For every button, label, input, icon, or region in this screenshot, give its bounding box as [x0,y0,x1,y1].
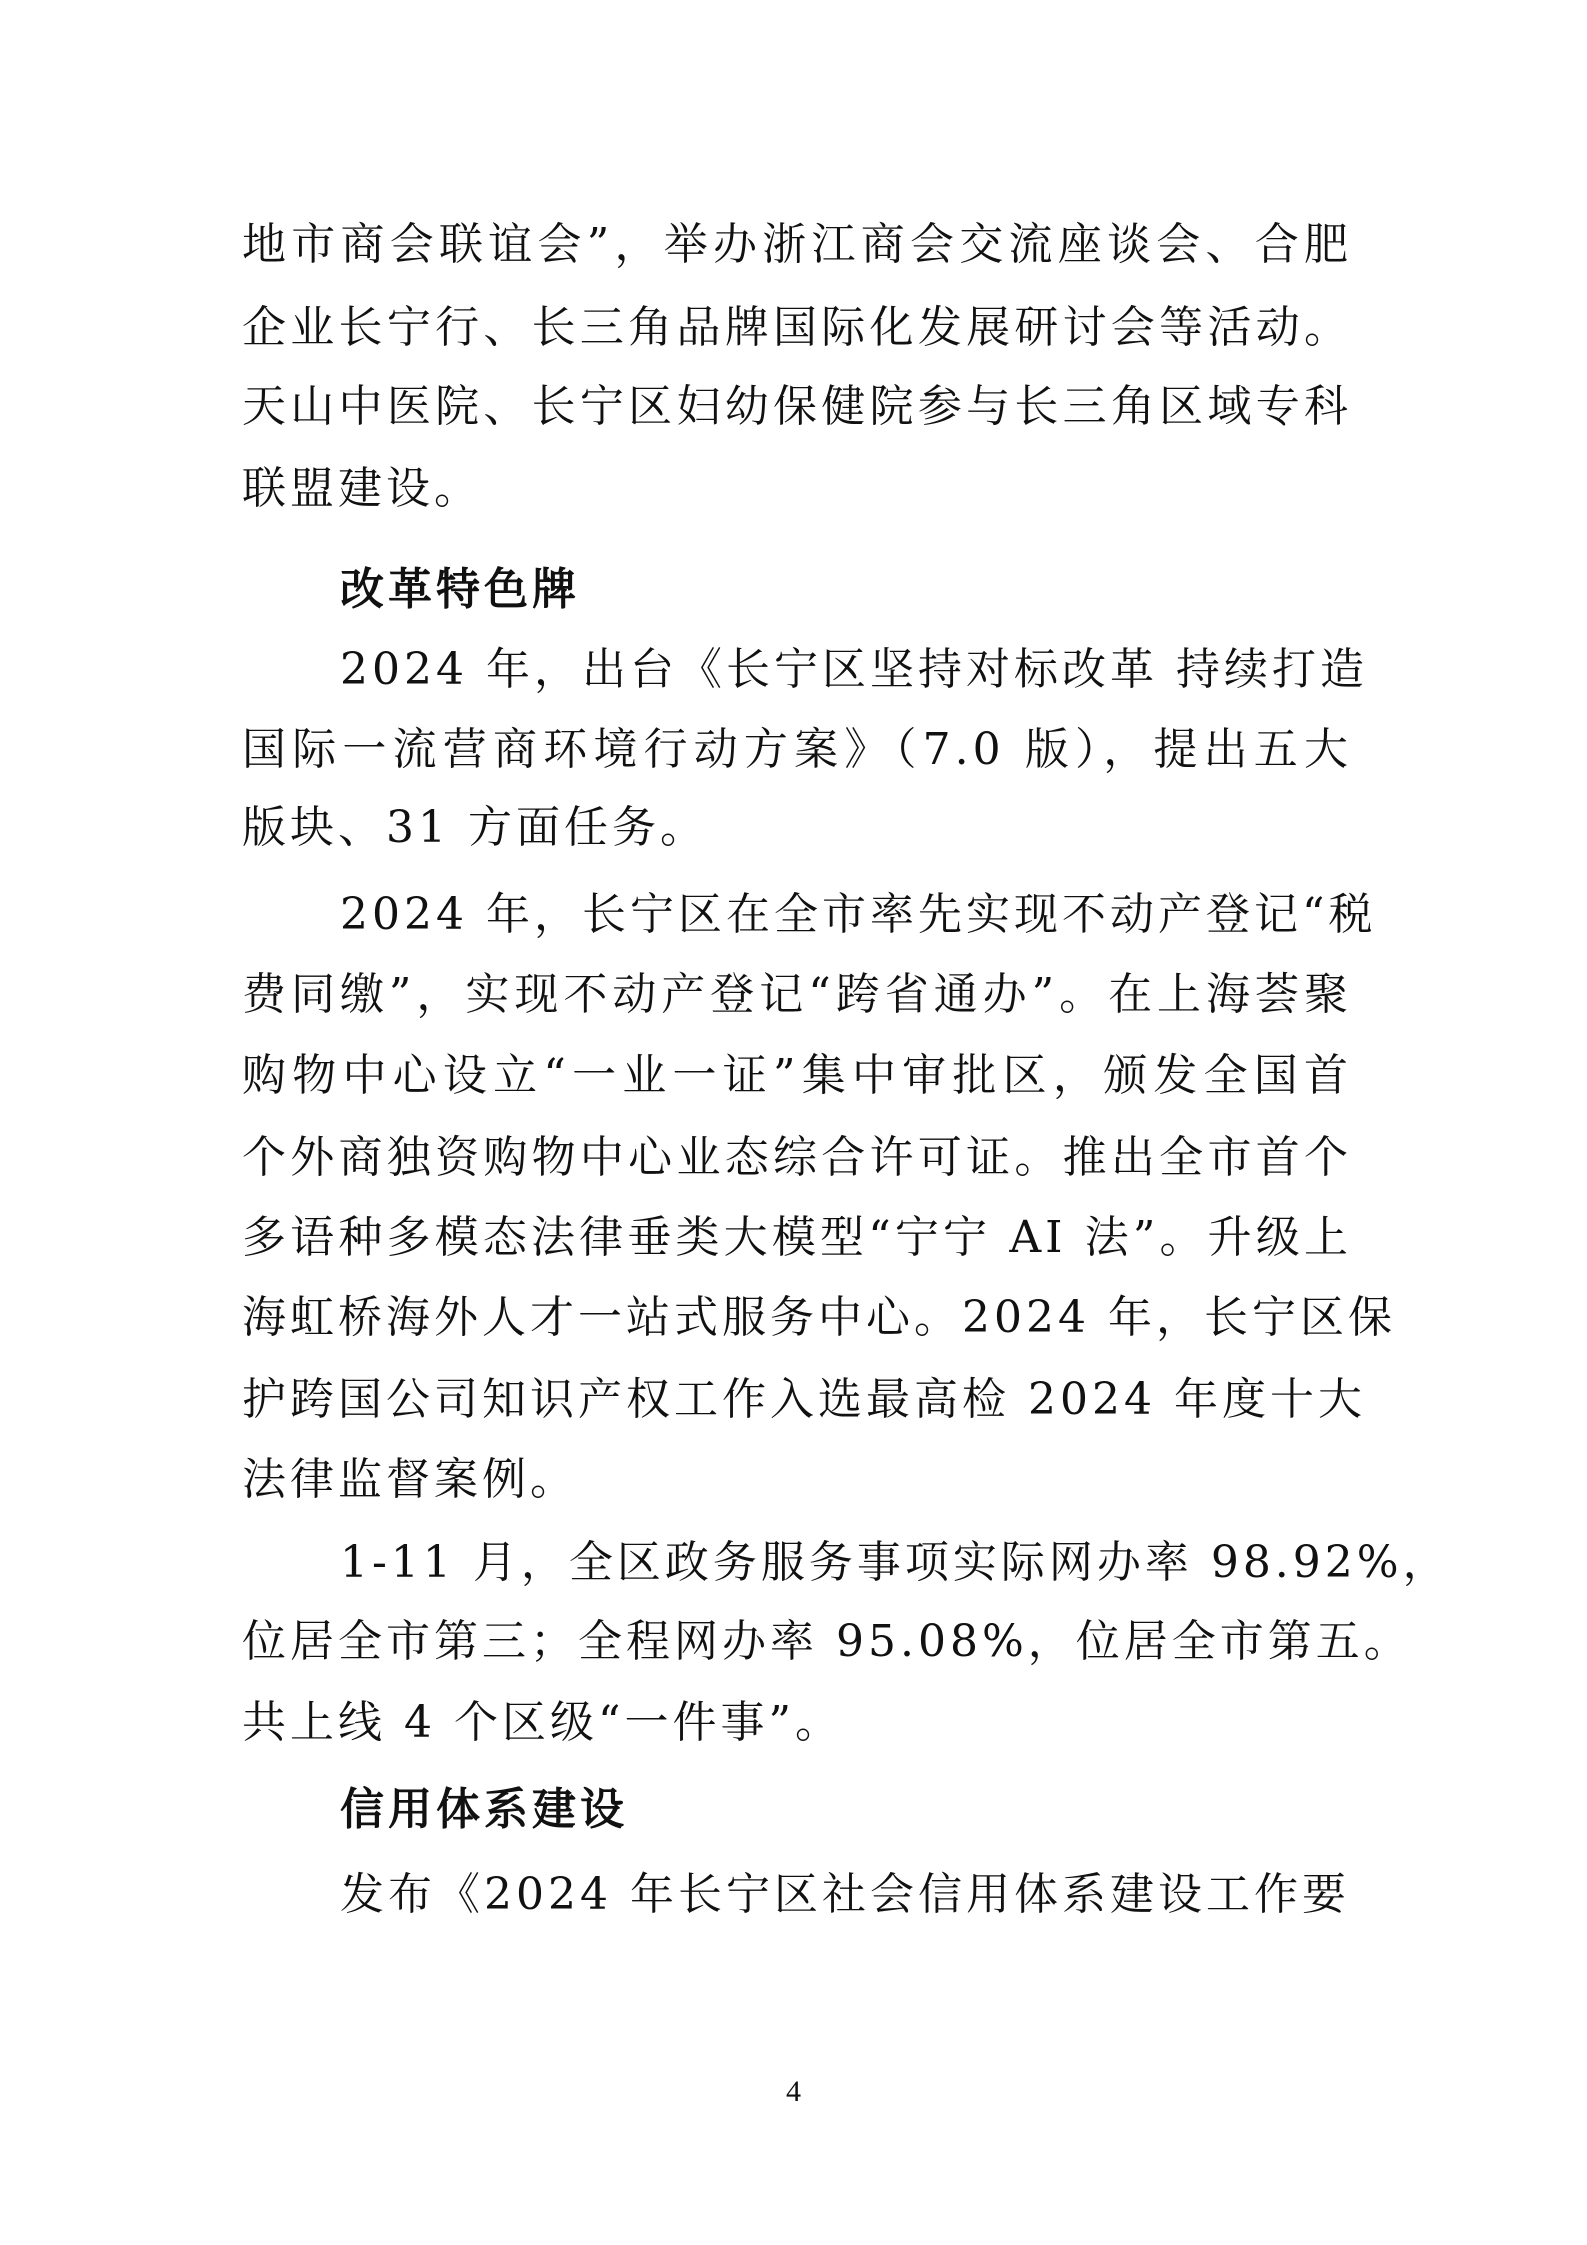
text-line: 2024 年，出台《长宁区坚持对标改革 持续打造 [340,640,1352,700]
text-line: 费同缴”，实现不动产登记“跨省通办”。在上海荟聚 [242,965,1352,1025]
section-heading-reform: 改革特色牌 [340,560,580,620]
text-line: 位居全市第三；全程网办率 95.08%，位居全市第五。 [242,1612,1352,1672]
text-line: 国际一流营商环境行动方案》（7.0 版），提出五大 [242,720,1352,780]
section-heading-credit: 信用体系建设 [340,1780,628,1840]
text-line: 护跨国公司知识产权工作入选最高检 2024 年度十大 [242,1370,1352,1430]
text-line: 地市商会联谊会”，举办浙江商会交流座谈会、合肥 [242,215,1352,275]
text-line: 联盟建设。 [242,459,1352,519]
text-line: 法律监督案例。 [242,1450,1352,1510]
text-line: 企业长宁行、长三角品牌国际化发展研讨会等活动。 [242,298,1352,358]
text-line: 购物中心设立“一业一证”集中审批区，颁发全国首 [242,1046,1352,1106]
text-line: 1-11 月，全区政务服务事项实际网办率 98.92%， [340,1533,1352,1593]
text-line: 多语种多模态法律垂类大模型“宁宁 AI 法”。升级上 [242,1208,1352,1268]
text-line: 版块、31 方面任务。 [242,798,1352,858]
page-number: 4 [0,2072,1587,2112]
text-line: 共上线 4 个区级“一件事”。 [242,1693,1352,1753]
text-line: 个外商独资购物中心业态综合许可证。推出全市首个 [242,1128,1352,1188]
document-page: 地市商会联谊会”，举办浙江商会交流座谈会、合肥 企业长宁行、长三角品牌国际化发展… [0,0,1587,2245]
text-line: 发布《2024 年长宁区社会信用体系建设工作要 [340,1865,1352,1925]
text-line: 天山中医院、长宁区妇幼保健院参与长三角区域专科 [242,377,1352,437]
text-line: 海虹桥海外人才一站式服务中心。2024 年，长宁区保 [242,1288,1352,1348]
text-line: 2024 年，长宁区在全市率先实现不动产登记“税 [340,885,1352,945]
